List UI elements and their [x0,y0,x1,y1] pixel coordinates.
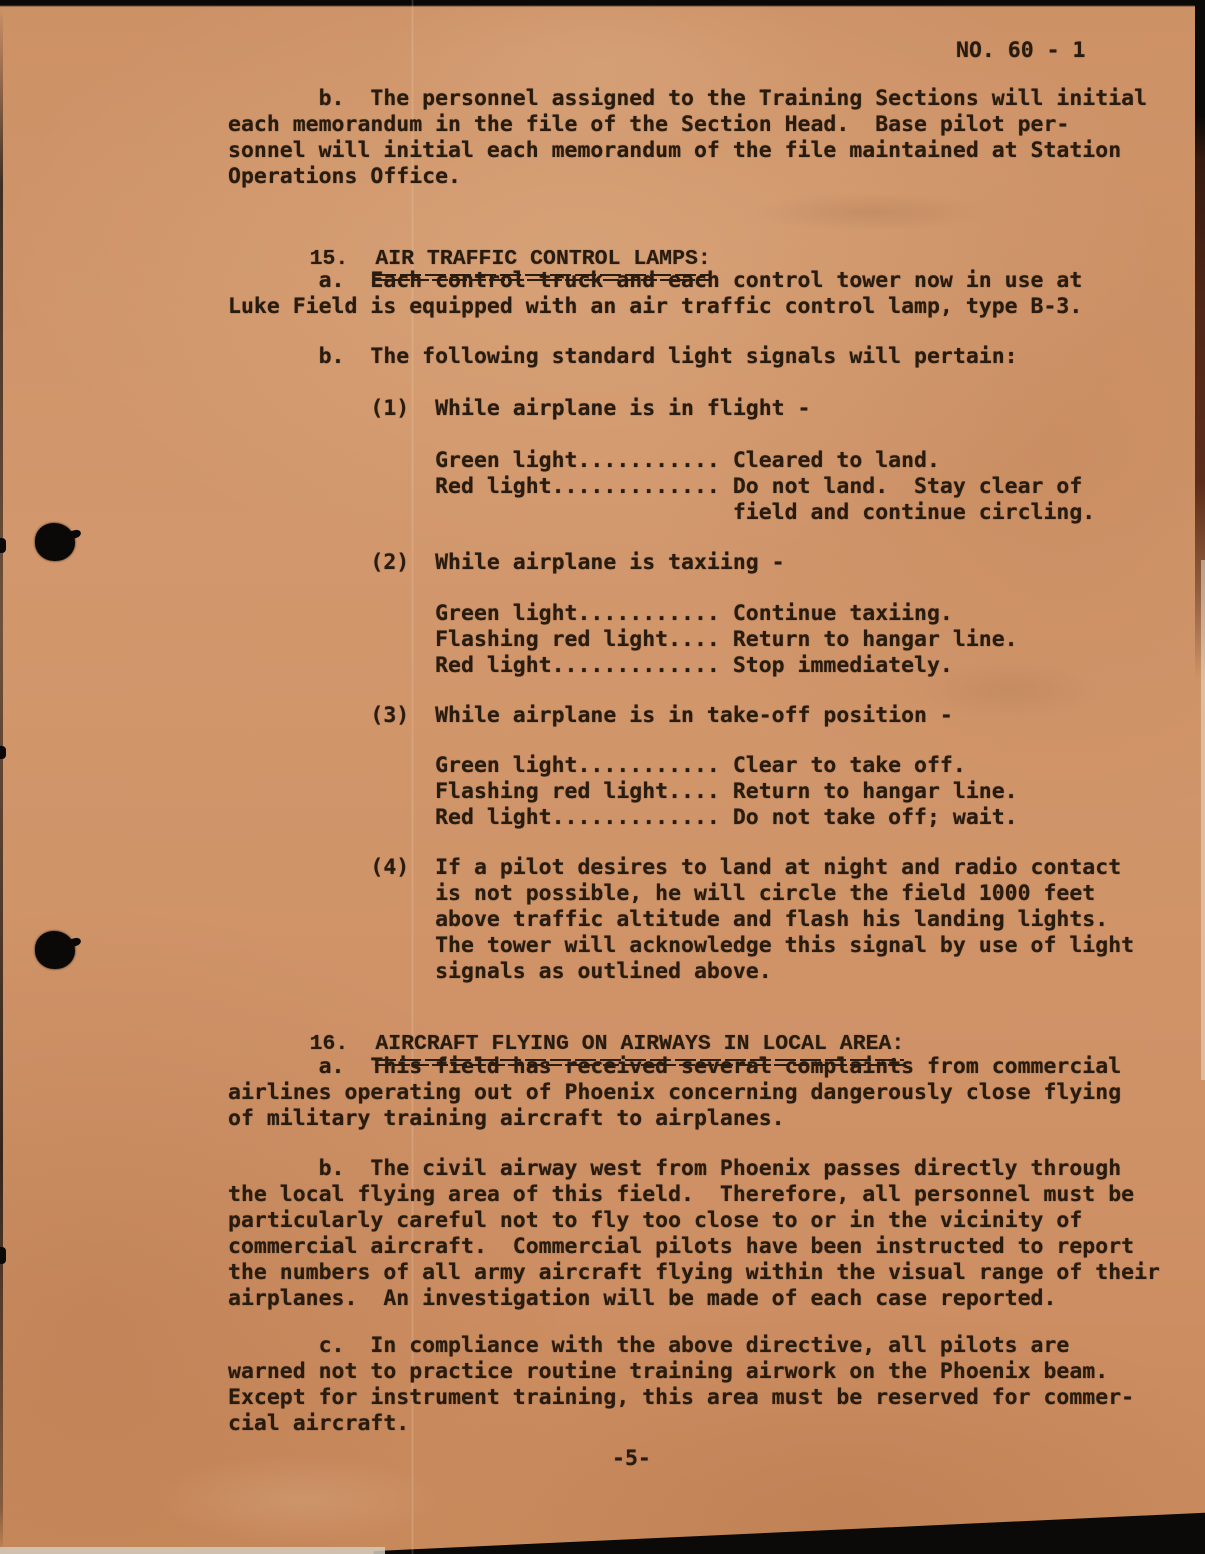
section-16-paragraph-a: a. This field has received several compl… [228,1054,1121,1132]
doc-number: NO. 60 - 1 [956,38,1085,64]
scan-edge-mark [0,746,6,759]
section-15-paragraph-a: a. Each control truck and each control t… [228,268,1082,320]
scan-edge-mark [0,538,6,553]
section-15-item-3: (3) While airplane is in take-off positi… [228,703,953,729]
light-signals-takeoff: Green light........... Clear to take off… [228,753,1018,831]
scanned-memo-page: NO. 60 - 1 b. The personnel assigned to … [0,0,1205,1554]
paragraph-intro-b: b. The personnel assigned to the Trainin… [228,86,1147,190]
scan-edge-bottom-light [0,1547,385,1554]
hole-punch-mark-top [35,523,75,561]
section-15-paragraph-b: b. The following standard light signals … [228,344,1018,370]
light-signals-taxiing: Green light........... Continue taxiing.… [228,601,1018,679]
section-16-paragraph-b: b. The civil airway west from Phoenix pa… [228,1156,1160,1312]
section-15-item-1: (1) While airplane is in flight - [228,396,810,422]
scan-edge-right-light [1201,560,1205,1080]
scan-edge-mark [0,1247,6,1264]
page-number: -5- [612,1446,651,1472]
hole-punch-mark-bottom [35,931,75,969]
scan-edge-top [0,0,1205,7]
section-16-paragraph-c: c. In compliance with the above directiv… [228,1333,1134,1437]
section-15-item-4: (4) If a pilot desires to land at night … [228,855,1134,985]
section-15-item-2: (2) While airplane is taxiing - [228,550,785,576]
scan-edge-left [0,7,3,1554]
light-signals-flight: Green light........... Cleared to land. … [228,448,1095,526]
